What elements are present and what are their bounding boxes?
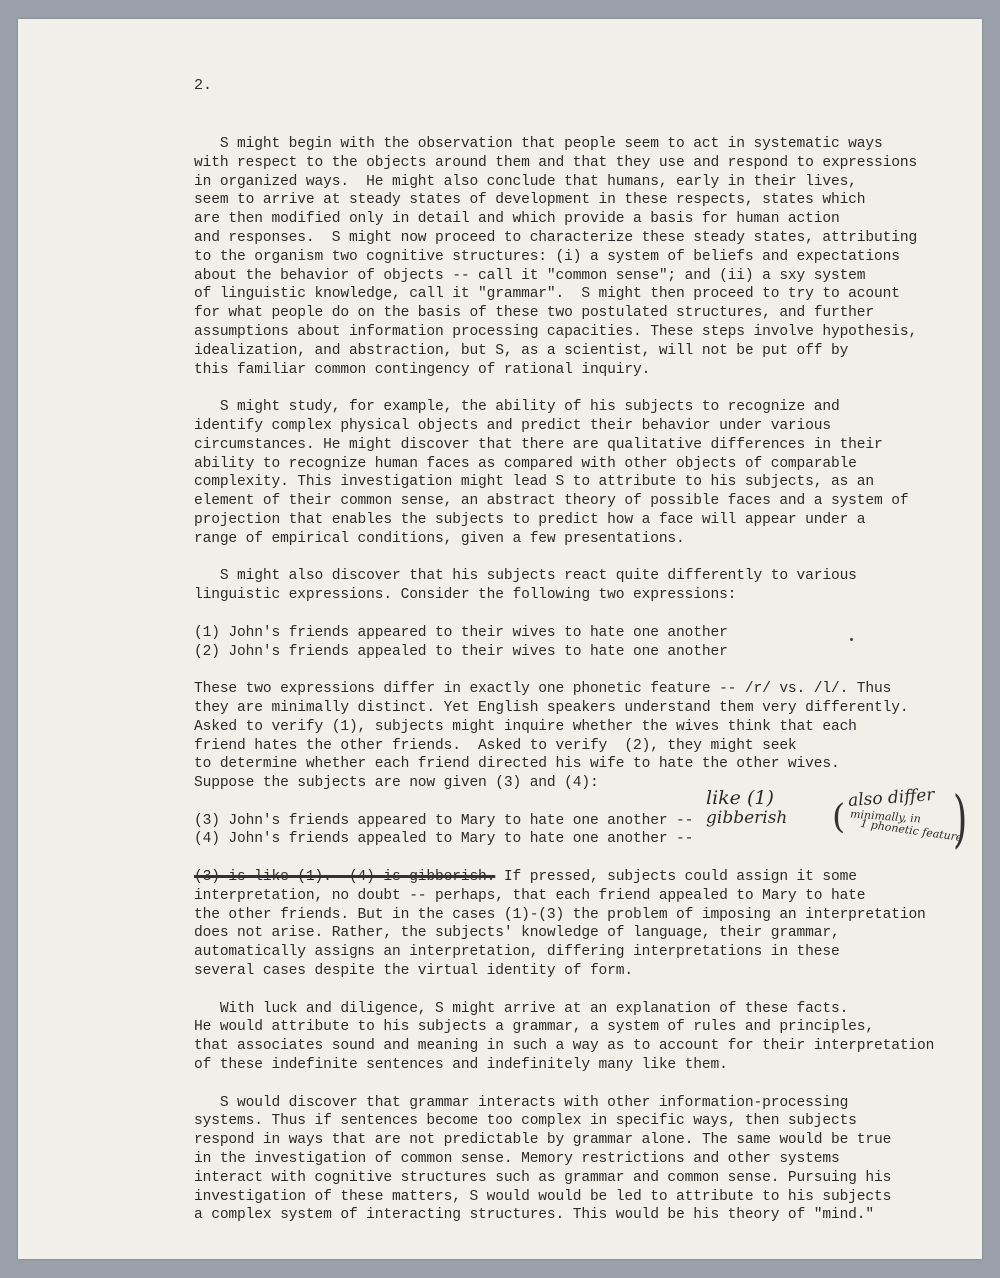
text-line: does not arise. Rather, the subjects' kn… [194,924,1000,943]
text-line: circumstances. He might discover that th… [194,436,1000,455]
text-line: several cases despite the virtual identi… [194,962,1000,981]
paragraph-5: (3) is like (1). (4) is gibberish. If pr… [194,868,1000,981]
text-line: friend hates the other friends. Asked to… [194,737,1000,756]
ink-dot [850,638,853,641]
text-fragment: If pressed, subjects could assign it som… [495,869,857,885]
text-line: S would discover that grammar interacts … [194,1094,1000,1113]
text-line: and responses. S might now proceed to ch… [194,229,1000,248]
text-line: of linguistic knowledge, call it "gramma… [194,285,1000,304]
paragraph-4: These two expressions differ in exactly … [194,680,1000,793]
text-line: complexity. This investigation might lea… [194,473,1000,492]
text-line: S might begin with the observation that … [194,135,1000,154]
text-line: Asked to verify (1), subjects might inqu… [194,718,1000,737]
text-line: identify complex physical objects and pr… [194,417,1000,436]
text-line: of these indefinite sentences and indefi… [194,1056,1000,1075]
text-line: to determine whether each friend directe… [194,755,1000,774]
paragraph-2: S might study, for example, the ability … [194,398,1000,548]
text-line: range of empirical conditions, given a f… [194,530,1000,549]
text-line: a complex system of interacting structur… [194,1206,1000,1225]
text-line: with respect to the objects around them … [194,154,1000,173]
text-line: ability to recognize human faces as comp… [194,455,1000,474]
handwritten-annotation-like-1: like (1) [706,787,774,809]
example-1: (1) John's friends appeared to their wiv… [194,624,1000,643]
text-line: He would attribute to his subjects a gra… [194,1018,1000,1037]
text-line: With luck and diligence, S might arrive … [194,1000,1000,1019]
handwritten-annotation-gibberish: gibberish [706,808,787,828]
text-line: this familiar common contingency of rati… [194,361,1000,380]
text-line: S might study, for example, the ability … [194,398,1000,417]
paragraph-7: S would discover that grammar interacts … [194,1094,1000,1226]
text-line: respond in ways that are not predictable… [194,1131,1000,1150]
text-line: (3) is like (1). (4) is gibberish. If pr… [194,868,1000,887]
text-line: in the investigation of common sense. Me… [194,1150,1000,1169]
handwritten-margin-note: ( also differ minimally, in 1 phonetic f… [832,786,972,866]
text-line: automatically assigns an interpretation,… [194,943,1000,962]
text-line: they are minimally distinct. Yet English… [194,699,1000,718]
paragraph-3: S might also discover that his subjects … [194,567,1000,605]
text-line: assumptions about information processing… [194,323,1000,342]
text-line: element of their common sense, an abstra… [194,492,1000,511]
document-page: 2. S might begin with the observation th… [18,19,982,1259]
text-line: idealization, and abstraction, but S, as… [194,342,1000,361]
right-paren-mark: ) [953,790,968,848]
text-line: are then modified only in detail and whi… [194,210,1000,229]
text-line: linguistic expressions. Consider the fol… [194,586,1000,605]
text-line: interact with cognitive structures such … [194,1169,1000,1188]
example-2: (2) John's friends appealed to their wiv… [194,643,1000,662]
document-body: S might begin with the observation that … [194,135,1000,1225]
paragraph-1: S might begin with the observation that … [194,135,1000,379]
text-line: that associates sound and meaning in suc… [194,1037,1000,1056]
paragraph-6: With luck and diligence, S might arrive … [194,1000,1000,1075]
text-line: These two expressions differ in exactly … [194,680,1000,699]
struck-out-text: (3) is like (1). (4) is gibberish. [194,869,495,885]
text-line: projection that enables the subjects to … [194,511,1000,530]
page-number: 2. [194,77,212,94]
text-line: investigation of these matters, S would … [194,1188,1000,1207]
text-line: systems. Thus if sentences become too co… [194,1112,1000,1131]
example-sentences-1-2: (1) John's friends appeared to their wiv… [194,624,1000,662]
margin-note-line: also differ [847,785,935,811]
text-line: S might also discover that his subjects … [194,567,1000,586]
text-line: in organized ways. He might also conclud… [194,173,1000,192]
text-line: for what people do on the basis of these… [194,304,1000,323]
text-line: about the behavior of objects -- call it… [194,267,1000,286]
text-line: seem to arrive at steady states of devel… [194,191,1000,210]
left-paren-mark: ( [832,788,845,846]
text-line: interpretation, no doubt -- perhaps, tha… [194,887,1000,906]
text-line: to the organism two cognitive structures… [194,248,1000,267]
text-line: the other friends. But in the cases (1)-… [194,906,1000,925]
